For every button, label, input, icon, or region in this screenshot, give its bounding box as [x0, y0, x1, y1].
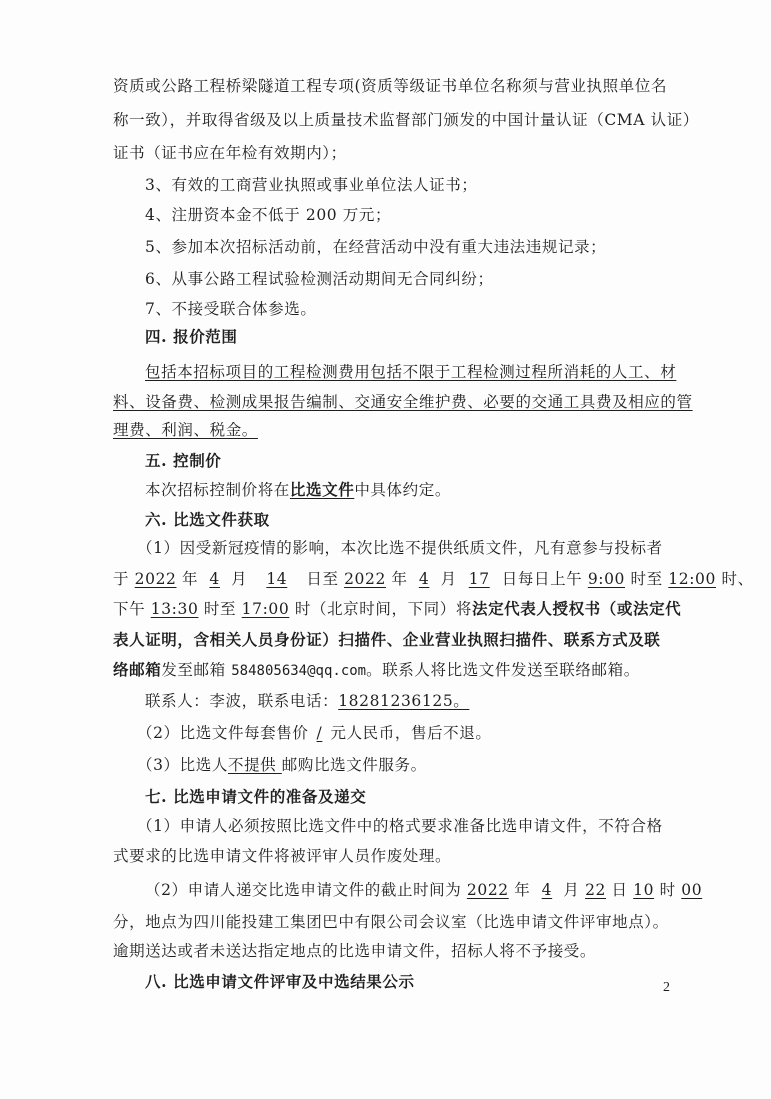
deadline-hour: 10 — [633, 881, 654, 899]
required-docs-bold: 法定代表人授权书（或法定代 — [472, 599, 681, 618]
start-month: 4 — [204, 569, 226, 589]
price-blank: / — [308, 723, 330, 743]
qualification-item-4: 4、注册资本金不低于 200 万元； — [145, 205, 678, 225]
qualification-item-3: 3、有效的工商营业执照或事业单位法人证书； — [145, 175, 678, 195]
pm-end: 17:00 — [242, 600, 290, 618]
contact-email[interactable]: 584805634@qq.com — [231, 663, 366, 679]
section-8-heading: 八. 比选申请文件评审及中选结果公示 — [145, 972, 678, 992]
start-day: 14 — [253, 569, 301, 589]
contact-label: 联系人：李波，联系电话： — [145, 692, 338, 710]
page-number: 2 — [663, 980, 670, 996]
submission-p2-line-2: 分，地点为四川能投建工集团巴中有限公司会议室（比选申请文件评审地点）。 — [113, 912, 678, 932]
control-price-text: 本次招标控制价将在比选文件中具体约定。 — [145, 480, 678, 500]
quote-scope-line-3: 理费、利润、税金。 — [113, 420, 258, 440]
qualification-item-7: 7、不接受联合体参选。 — [145, 299, 678, 319]
control-price-before: 本次招标控制价将在 — [145, 481, 290, 499]
end-month: 4 — [413, 569, 435, 589]
qualification-line-1: 资质或公路工程桥梁隧道工程专项(资质等级证书单位名称须与营业执照单位名 — [113, 76, 678, 96]
section-5-heading: 五. 控制价 — [145, 451, 678, 471]
qualification-item-5: 5、参加本次招标活动前，在经营活动中没有重大违法违规记录； — [145, 237, 678, 257]
qualification-line-3: 证书（证书应在年检有效期内）； — [113, 143, 678, 163]
start-year: 2022 — [135, 570, 177, 588]
section-6-heading: 六. 比选文件获取 — [145, 510, 678, 530]
section-7-heading: 七. 比选申请文件的准备及递交 — [145, 787, 678, 807]
acquisition-p1-line-3: 下午 13:30 时至 17:00 时（北京时间，下同）将法定代表人授权书（或法… — [113, 599, 678, 619]
quote-scope-line-1: 包括本招标项目的工程检测费用包括不限于工程检测过程所消耗的人工、材 — [145, 362, 678, 382]
control-price-doc: 比选文件 — [290, 480, 354, 499]
acquisition-p1-line-4: 表人证明，含相关人员身份证）扫描件、企业营业执照扫描件、联系方式及联 — [113, 630, 678, 650]
contact-phone: 18281236125。 — [338, 692, 469, 710]
submission-p2-line-1: （2）申请人递交比选申请文件的截止时间为 2022 年 4 月 22 日 10 … — [145, 880, 678, 900]
am-end: 12:00 — [668, 570, 716, 588]
deadline-year: 2022 — [467, 881, 509, 899]
qualification-line-2: 称一致），并取得省级及以上质量技术监督部门颁发的中国计量认证（CMA 认证） — [113, 110, 678, 130]
submission-p1-line-1: （1）申请人必须按照比选文件中的格式要求准备比选申请文件，不符合格 — [137, 816, 702, 836]
acquisition-p2: （2）比选文件每套售价 / 元人民币，售后不退。 — [137, 723, 702, 743]
deadline-minute: 00 — [681, 881, 702, 899]
acquisition-p1-line-5: 络邮箱发至邮箱 584805634@qq.com。联系人将比选文件发送至联络邮箱… — [113, 660, 678, 681]
end-year: 2022 — [344, 570, 386, 588]
qualification-item-6: 6、从事公路工程试验检测活动期间无合同纠纷； — [145, 269, 678, 289]
deadline-day: 22 — [585, 881, 606, 899]
am-start: 9:00 — [588, 570, 625, 588]
section-4-heading: 四. 报价范围 — [145, 327, 678, 347]
control-price-after: 中具体约定。 — [354, 481, 451, 499]
mail-service-blank: 不提供 — [228, 756, 282, 774]
acquisition-p3: （3）比选人不提供 邮购比选文件服务。 — [137, 755, 702, 775]
submission-p2-line-3: 逾期送达或者未送达指定地点的比选申请文件，招标人将不予接受。 — [113, 941, 678, 961]
quote-scope-line-2: 料、设备费、检测成果报告编制、交通安全维护费、必要的交通工具费及相应的管 — [113, 392, 693, 412]
end-day: 17 — [462, 569, 496, 589]
pm-start: 13:30 — [151, 600, 199, 618]
acquisition-p1-line-1: （1）因受新冠疫情的影响，本次比选不提供纸质文件，凡有意参与投标者 — [137, 538, 702, 558]
document-page: 资质或公路工程桥梁隧道工程专项(资质等级证书单位名称须与营业执照单位名 称一致）… — [0, 0, 771, 1099]
submission-p1-line-2: 式要求的比选申请文件将被评审人员作废处理。 — [113, 846, 678, 866]
contact-line: 联系人：李波，联系电话：18281236125。 — [145, 691, 678, 711]
acquisition-p1-line-2: 于 2022 年 4 月 14 日至 2022 年 4 月 17 日每日上午 9… — [113, 569, 678, 589]
deadline-month: 4 — [536, 880, 558, 900]
